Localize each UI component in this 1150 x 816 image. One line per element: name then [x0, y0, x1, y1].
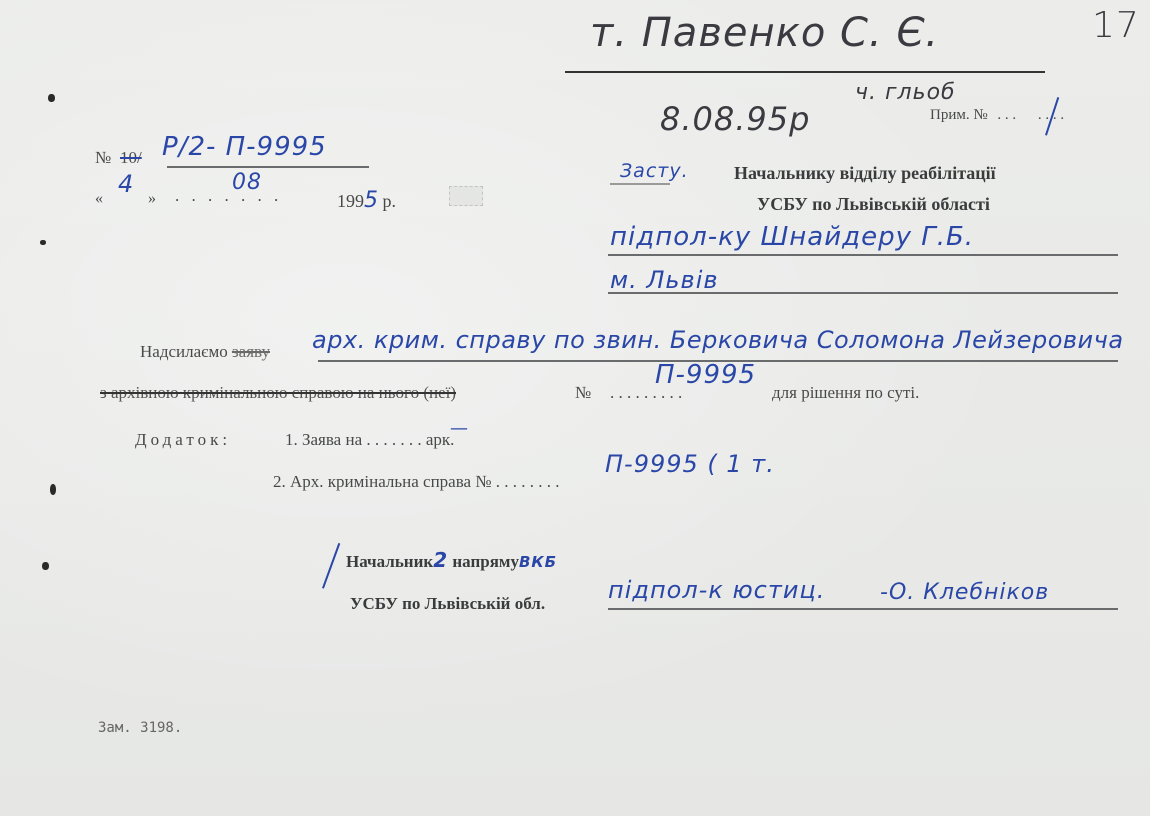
year-suffix: 5 — [364, 188, 378, 213]
item2-dots: . . . . . . . . — [496, 472, 560, 491]
prim-dots-left: . . . — [997, 107, 1016, 123]
year-prefix: 199 — [337, 191, 364, 211]
recipient-underline2 — [608, 292, 1118, 294]
recipient-prefix: Засту. — [620, 160, 689, 182]
signature-name: -О. Клебніков — [880, 580, 1049, 605]
ref-no-handwritten: Р/2- П-9995 — [162, 132, 327, 162]
prim-label: Прим. № . . . . . . . — [930, 107, 1064, 124]
recipient-underline1 — [608, 254, 1118, 256]
title-hand-suffix: ВКБ — [519, 553, 557, 571]
year-unit: р. — [383, 191, 397, 211]
case-no-dots: . . . . . . . . . — [610, 383, 682, 403]
signature-hand: підпол-к юстиц. — [608, 576, 825, 604]
signature-underline — [608, 608, 1118, 610]
attachments-label: Додаток: — [135, 430, 231, 450]
ref-no-label: № — [95, 148, 111, 168]
signature-title2: УСБУ по Львівській обл. — [350, 594, 545, 614]
binder-hole — [40, 240, 46, 245]
recipient-hand-line1: підпол-ку Шнайдеру Г.Б. — [610, 222, 974, 252]
date-day: 4 — [118, 170, 134, 198]
date-open-quote: « — [95, 190, 103, 208]
title-printed: Начальник — [346, 552, 433, 571]
title-printed2: напряму — [452, 552, 519, 571]
title-hand-num: 2 — [433, 548, 448, 572]
date-month: 08 — [232, 170, 262, 195]
recipient-line1: Начальнику відділу реабілітації — [734, 163, 996, 184]
item2-hand: П-9995 ( 1 т. — [605, 450, 775, 478]
year-label: 1995 р. — [337, 188, 396, 213]
date-close-quote: » — [148, 190, 156, 208]
addressee-underline — [565, 71, 1045, 73]
item1-dots: . . . . . . . — [366, 430, 421, 449]
recipient-prefix-line — [610, 183, 670, 185]
recipient-hand-line2: м. Львів — [610, 266, 719, 294]
binder-hole — [42, 562, 49, 570]
resolution-note: ч. гльоб — [855, 80, 956, 105]
signature-title1: Начальник2 напрямуВКБ — [346, 548, 557, 572]
send-label-text: Надсилаємо — [140, 342, 228, 361]
order-number: Зам. 3198. — [98, 720, 182, 736]
for-decision: для рішення по суті. — [772, 383, 919, 403]
send-label: Надсилаємо заяву — [140, 342, 270, 362]
item1-prefix: 1. Заява на — [285, 430, 362, 449]
faint-stamp — [449, 186, 483, 206]
addressee-note: т. Павенко С. Є. — [590, 10, 939, 56]
attachment-item2: 2. Арх. кримінальна справа № . . . . . .… — [273, 472, 560, 492]
item1-hand: — — [450, 418, 469, 439]
prim-text: Прим. № — [930, 107, 988, 123]
case-no-label: № — [575, 383, 591, 403]
send-struck: заяву — [232, 342, 270, 361]
ref-no-printed: 10/ — [120, 148, 142, 168]
binder-hole — [50, 484, 56, 495]
binder-hole — [48, 94, 55, 102]
item2-prefix: 2. Арх. кримінальна справа № — [273, 472, 492, 491]
struck-line: з архівною кримінальною справою на нього… — [100, 383, 456, 403]
resolution-date: 8.08.95р — [660, 100, 810, 138]
recipient-line2: УСБУ по Львівській області — [757, 194, 990, 215]
ref-no-underline — [167, 166, 369, 168]
attachment-item1: 1. Заява на . . . . . . . арк. — [285, 430, 454, 450]
page-number: 17 — [1092, 5, 1140, 46]
send-handwritten: арх. крим. справу по звин. Берковича Сол… — [312, 326, 1124, 354]
date-dots: . . . . . . . — [175, 186, 282, 206]
